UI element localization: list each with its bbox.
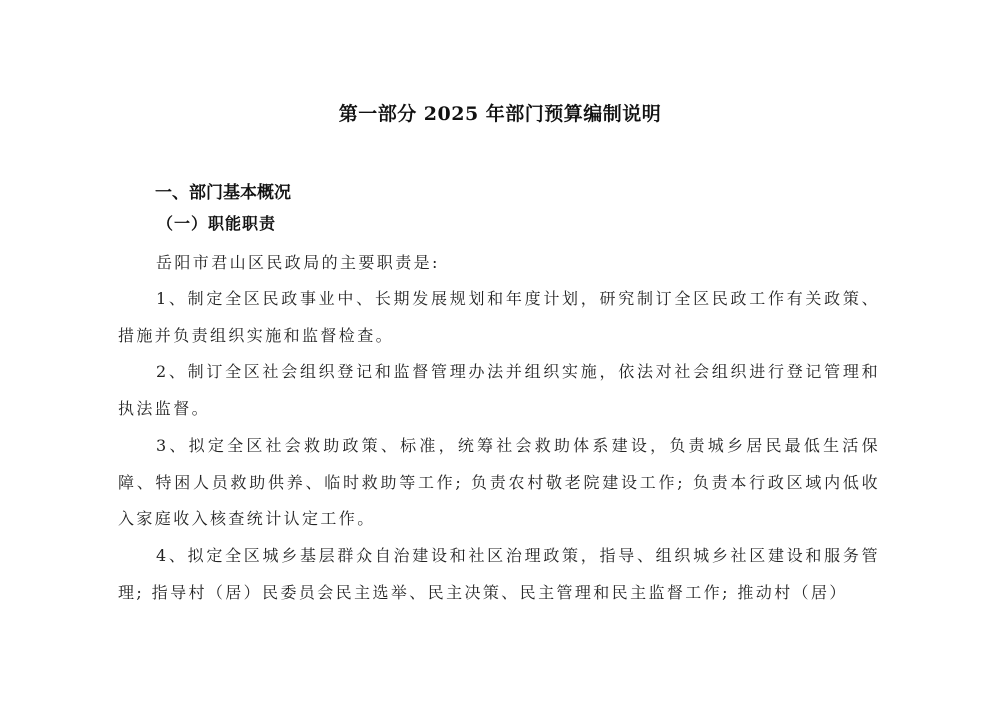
section-heading: 一、部门基本概况 xyxy=(155,178,291,203)
intro-paragraph: 岳阳市君山区民政局的主要职责是: xyxy=(118,245,880,282)
subsection-heading: （一）职能职责 xyxy=(157,211,276,234)
document-page: 第一部分 2025 年部门预算编制说明 一、部门基本概况 （一）职能职责 岳阳市… xyxy=(0,0,1000,706)
duty-paragraph-4: 4、拟定全区城乡基层群众自治建设和社区治理政策，指导、组织城乡社区建设和服务管理… xyxy=(118,538,880,611)
document-title: 第一部分 2025 年部门预算编制说明 xyxy=(0,99,1000,126)
duty-paragraph-3: 3、拟定全区社会救助政策、标准，统筹社会救助体系建设，负责城乡居民最低生活保障、… xyxy=(118,428,880,538)
duty-paragraph-2: 2、制订全区社会组织登记和监督管理办法并组织实施，依法对社会组织进行登记管理和执… xyxy=(118,354,880,427)
duty-paragraph-1: 1、制定全区民政事业中、长期发展规划和年度计划，研究制订全区民政工作有关政策、措… xyxy=(118,281,880,354)
